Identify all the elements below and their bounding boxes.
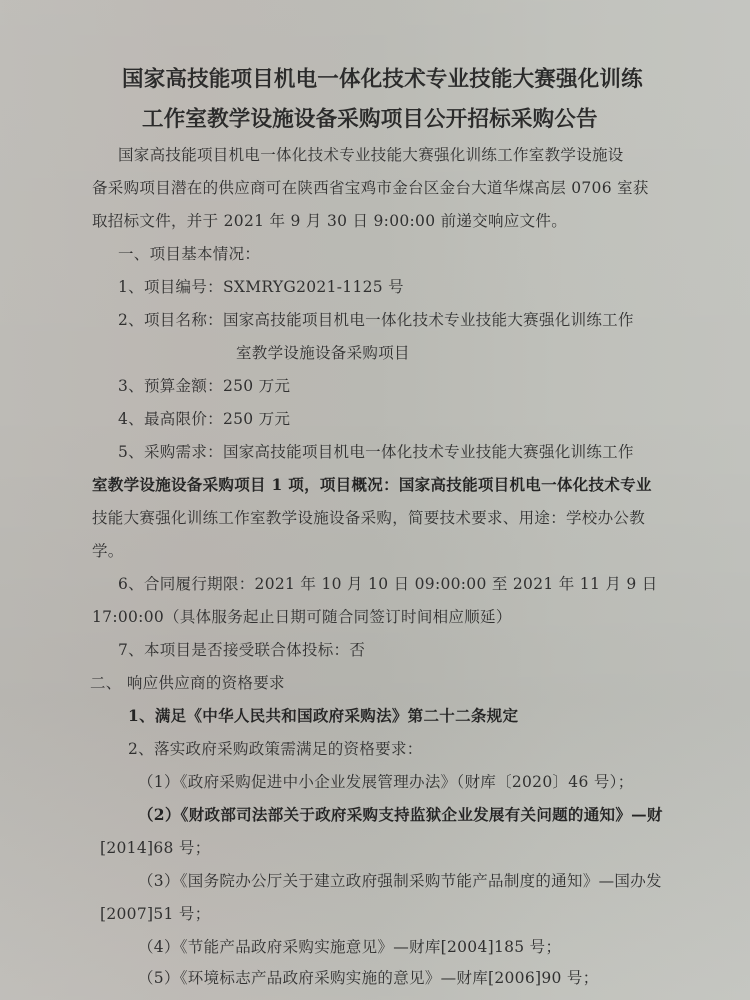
procurement-need-line-3: 技能大赛强化训练工作室教学设施设备采购，简要技术要求、用途：学校办公教	[92, 506, 645, 528]
section-1-heading: 一、项目基本情况：	[118, 242, 260, 264]
intro-line-2: 备采购项目潜在的供应商可在陕西省宝鸡市金台区金台大道华煤高层 0706 室获	[92, 176, 649, 198]
contract-period-line-2: 17:00:00（具体服务起止日期可随合同签订时间相应顺延）	[92, 605, 512, 627]
intro-line-3: 取招标文件，并于 2021 年 9 月 30 日 9:00:00 前递交响应文件…	[92, 209, 567, 231]
project-name-line-2: 室教学设施设备采购项目	[236, 341, 410, 363]
procurement-need-line-2: 室教学设施设备采购项目 1 项，项目概况：国家高技能项目机电一体化技术专业	[92, 473, 652, 495]
consortium-bid: 7、本项目是否接受联合体投标：否	[118, 638, 365, 660]
intro-line-1: 国家高技能项目机电一体化技术专业技能大赛强化训练工作室教学设施设	[118, 143, 624, 165]
policy-3-line-1: （3）《国务院办公厅关于建立政府强制采购节能产品制度的通知》—国办发	[138, 869, 662, 891]
qualification-2: 2、落实政府采购政策需满足的资格要求：	[128, 737, 423, 759]
max-price: 4、最高限价：250 万元	[118, 407, 290, 429]
policy-4: （4）《节能产品政府采购实施意见》—财库[2004]185 号；	[138, 935, 561, 957]
project-number: 1、项目编号：SXMRYG2021-1125 号	[118, 275, 404, 297]
document-title-line-2: 工作室教学设施设备采购项目公开招标采购公告	[142, 102, 598, 133]
procurement-need-line-4: 学。	[92, 539, 124, 561]
policy-3-line-2: [2007]51 号；	[100, 902, 211, 924]
project-name-line-1: 2、项目名称：国家高技能项目机电一体化技术专业技能大赛强化训练工作	[118, 308, 634, 330]
document-title-line-1: 国家高技能项目机电一体化技术专业技能大赛强化训练	[122, 62, 643, 93]
budget-amount: 3、预算金额：250 万元	[118, 374, 290, 396]
procurement-need-line-1: 5、采购需求：国家高技能项目机电一体化技术专业技能大赛强化训练工作	[118, 440, 634, 462]
policy-5: （5）《环境标志产品政府采购实施的意见》—财库[2006]90 号；	[138, 966, 599, 988]
policy-2-line-1: （2）《财政部司法部关于政府采购支持监狱企业发展有关问题的通知》—财	[138, 803, 663, 825]
section-2-heading: 二、 响应供应商的资格要求	[90, 671, 285, 693]
contract-period-line-1: 6、合同履行期限：2021 年 10 月 10 日 09:00:00 至 202…	[118, 572, 658, 594]
qualification-1: 1、满足《中华人民共和国政府采购法》第二十二条规定	[128, 704, 518, 726]
policy-2-line-2: [2014]68 号；	[100, 836, 211, 858]
policy-1: （1）《政府采购促进中小企业发展管理办法》（财库〔2020〕46 号）；	[138, 770, 634, 792]
